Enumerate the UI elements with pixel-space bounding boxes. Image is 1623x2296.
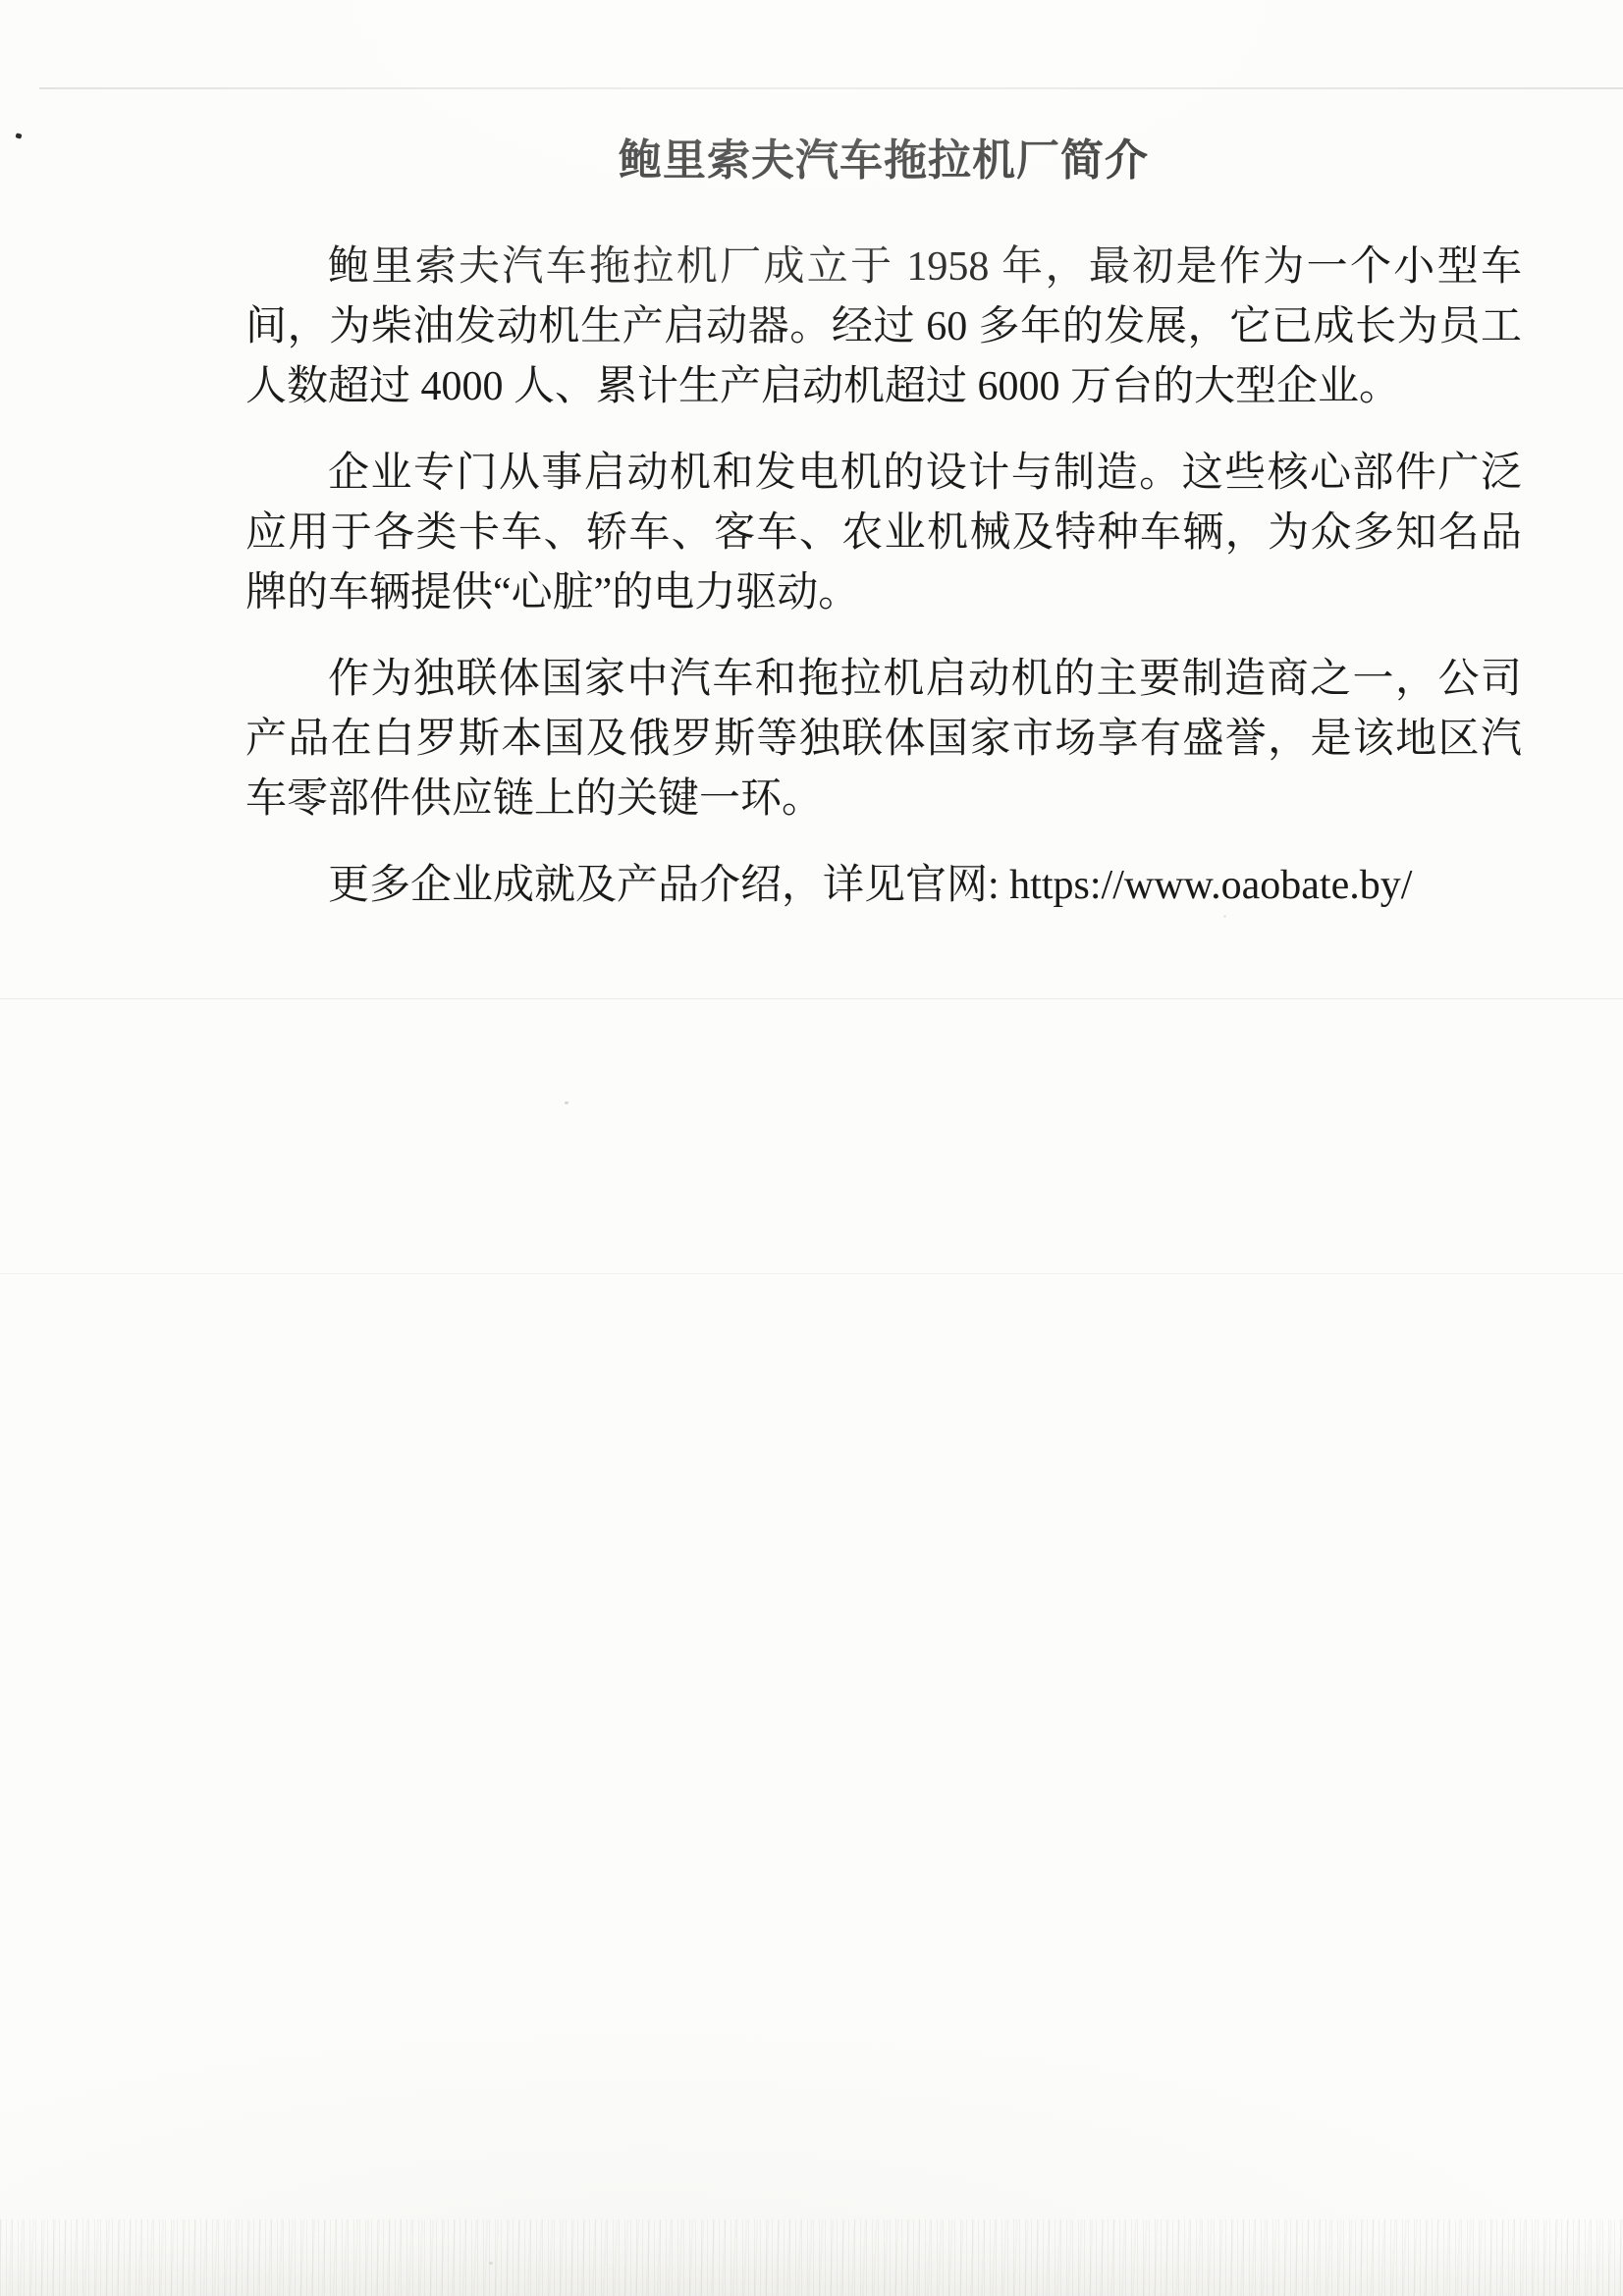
scan-artifact-noise-bottom <box>0 2219 1623 2296</box>
document-body: 鲍里索夫汽车拖拉机厂简介 鲍里索夫汽车拖拉机厂成立于 1958 年，最初是作为一… <box>245 135 1522 942</box>
paragraph-market-position: 作为独联体国家中汽车和拖拉机启动机的主要制造商之一，公司产品在白罗斯本国及俄罗斯… <box>245 650 1522 829</box>
scan-artifact-line-top <box>39 87 1623 89</box>
scan-artifact-line-mid <box>0 998 1623 999</box>
scanned-document-page: 鲍里索夫汽车拖拉机厂简介 鲍里索夫汽车拖拉机厂成立于 1958 年，最初是作为一… <box>0 0 1623 2296</box>
document-title: 鲍里索夫汽车拖拉机厂简介 <box>245 135 1522 187</box>
paragraph-website: 更多企业成就及产品介绍，详见官网: https://www.oaobate.by… <box>245 856 1522 916</box>
paragraph-company-founding: 鲍里索夫汽车拖拉机厂成立于 1958 年，最初是作为一个小型车间，为柴油发动机生… <box>245 238 1522 417</box>
scan-artifact-speck <box>489 2262 493 2265</box>
scan-artifact-line-low <box>0 1273 1623 1274</box>
scan-artifact-speck <box>565 1101 568 1104</box>
paragraph-products: 企业专门从事启动机和发电机的设计与制造。这些核心部件广泛应用于各类卡车、轿车、客… <box>245 444 1522 623</box>
scan-artifact-ink-dot <box>15 133 22 139</box>
